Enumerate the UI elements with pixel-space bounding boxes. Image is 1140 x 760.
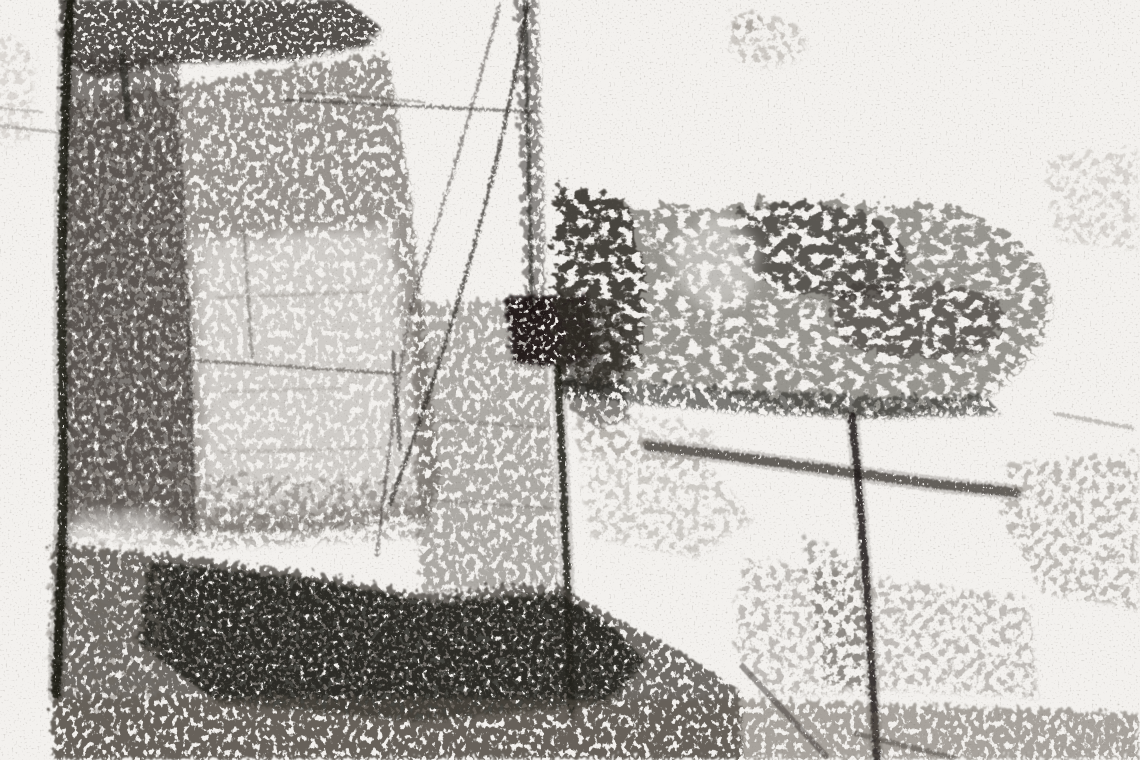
charcoal-drawing	[0, 0, 1140, 760]
art-layers	[0, 0, 1140, 760]
paper-grain-overlay	[0, 0, 1140, 760]
drawing-canvas	[0, 0, 1140, 760]
